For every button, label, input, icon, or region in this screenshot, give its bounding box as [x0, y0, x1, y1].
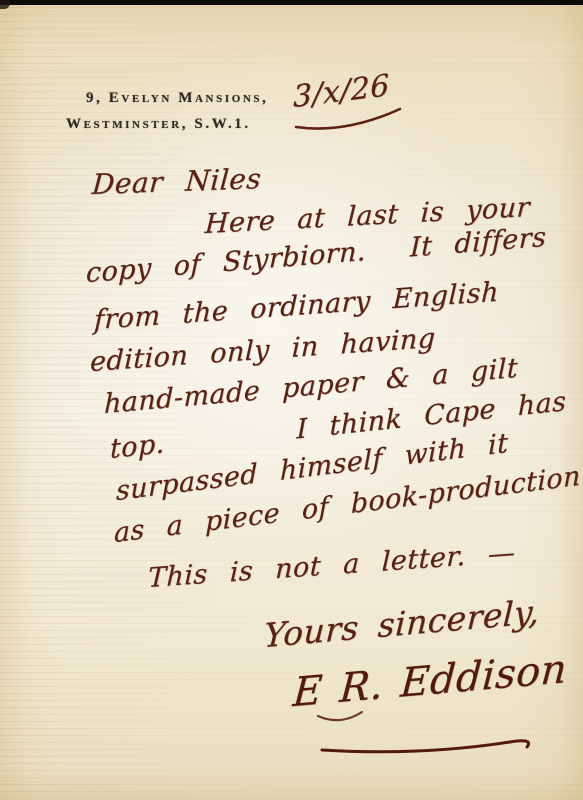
body-line: This is not a letter. — — [147, 537, 515, 594]
scan-edge-artifact — [0, 0, 583, 5]
salutation: Dear Niles — [91, 162, 263, 201]
letterhead-address-line2: Westminster, S.W.1. — [66, 117, 251, 132]
signature: E R. Eddison — [291, 646, 568, 716]
closing-line: Yours sincerely, — [263, 592, 541, 655]
handwritten-date: 3/x/26 — [293, 68, 390, 115]
letterhead-address-line1: 9, Evelyn Mansions, — [86, 91, 268, 106]
letter-scan: 9, Evelyn Mansions, Westminster, S.W.1. … — [0, 0, 583, 800]
scan-corner-artifact — [0, 0, 10, 9]
body-line: from the ordinary English — [93, 277, 499, 336]
